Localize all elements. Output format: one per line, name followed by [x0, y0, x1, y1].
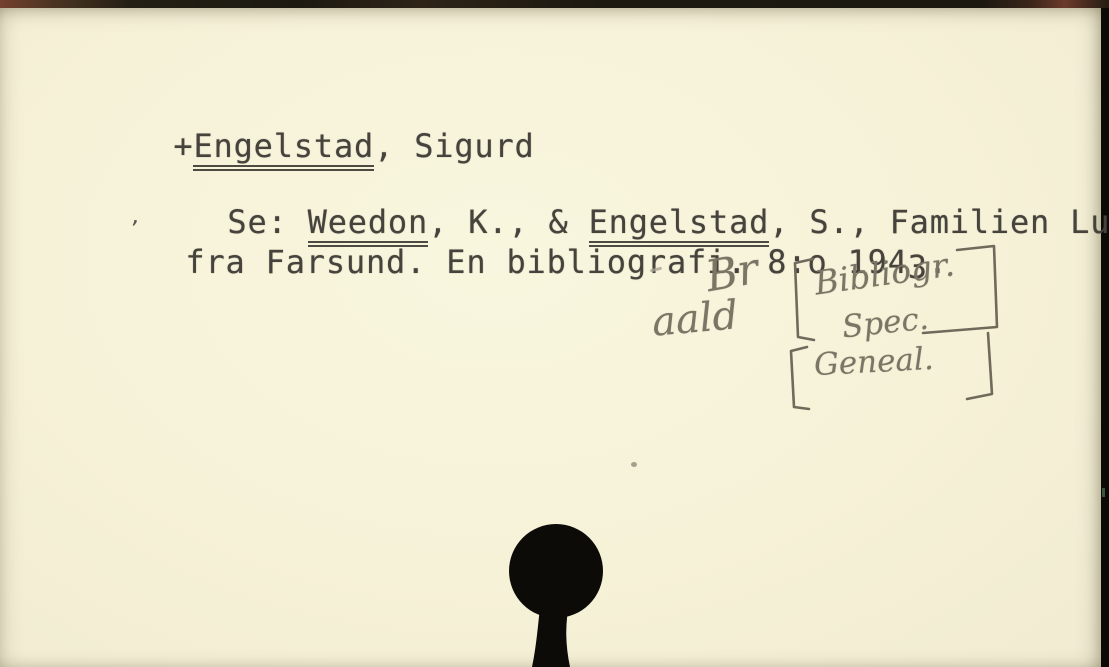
scan-speck-dot: [631, 462, 637, 467]
heading-prefix: +: [173, 127, 193, 165]
heading-surname-underlined: Engelstad: [193, 127, 374, 171]
pencil-note-geneal: Geneal.: [813, 341, 934, 383]
catalog-card: +Engelstad, Sigurd , Se: Weedon, K., & E…: [0, 8, 1101, 667]
ref-seg: fra Farsund. En bibliografi. 8:o 194: [185, 243, 907, 281]
pencil-note-aald: aald: [650, 292, 740, 345]
scan-top-edge: [0, 0, 1109, 8]
scan-edge-speck: [1102, 488, 1105, 497]
scanned-catalog-card-page: +Engelstad, Sigurd , Se: Weedon, K., & E…: [0, 0, 1109, 667]
pencil-note-spec: Spec.: [840, 301, 930, 346]
heading-rest: , Sigurd: [374, 127, 535, 165]
